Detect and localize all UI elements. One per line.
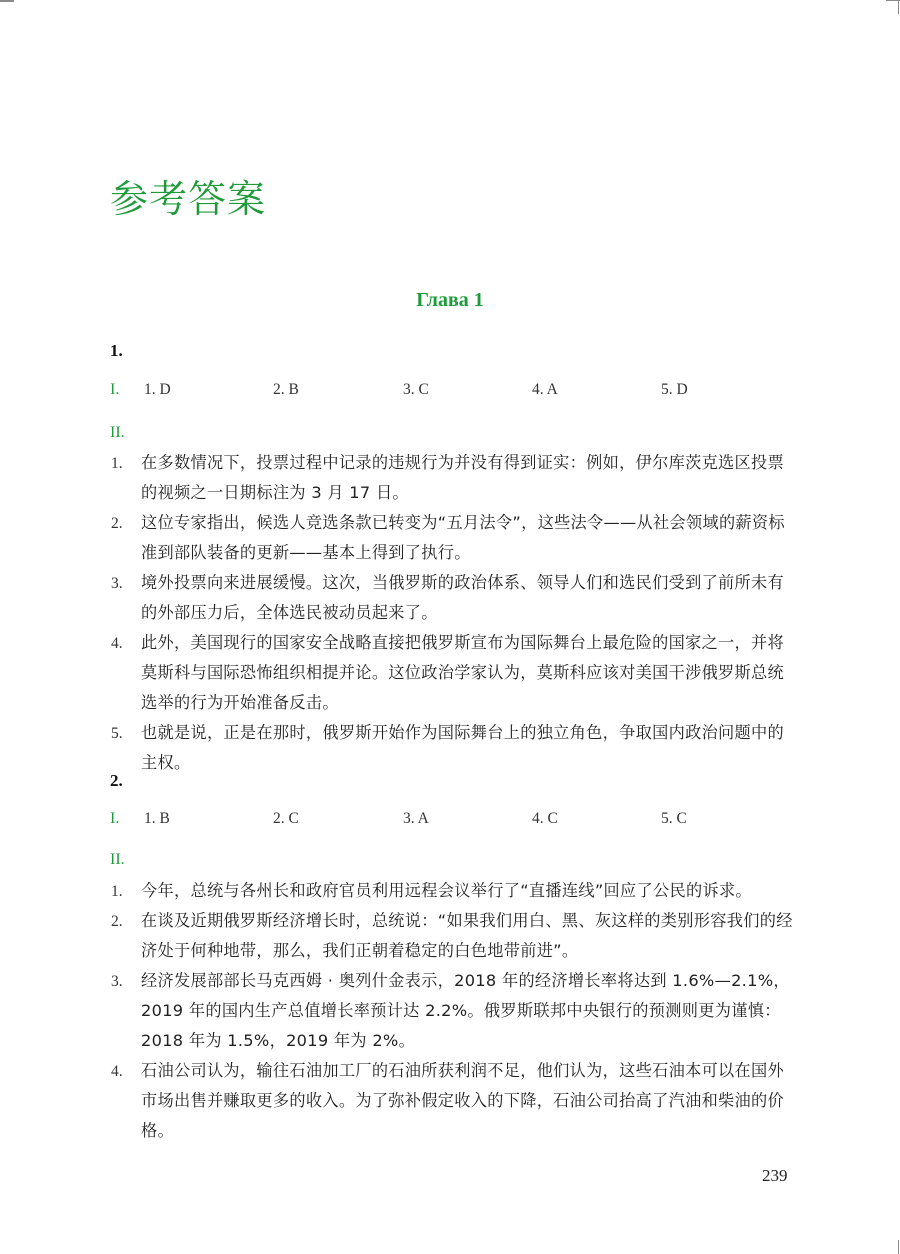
section-1-part-2-list: 1. 在多数情况下，投票过程中记录的违规行为并没有得到证实：例如，伊尔库茨克选区… xyxy=(110,448,800,778)
answer-2: 2. B xyxy=(273,381,299,399)
section-1-part-2-label: II. xyxy=(110,424,125,442)
item-text: 经济发展部部长马克西姆 · 奥列什金表示，2018 年的经济增长率将达到 1.6… xyxy=(141,966,800,1056)
crop-mark-top-left xyxy=(0,0,14,2)
item-text: 境外投票向来进展缓慢。这次，当俄罗斯的政治体系、领导人们和选民们受到了前所未有的… xyxy=(141,568,800,628)
answer-3: 3. A xyxy=(403,810,429,828)
list-item: 3. 境外投票向来进展缓慢。这次，当俄罗斯的政治体系、领导人们和选民们受到了前所… xyxy=(110,568,800,628)
chapter-heading: Глава 1 xyxy=(0,289,900,312)
list-item: 4. 此外，美国现行的国家安全战略直接把俄罗斯宣布为国际舞台上最危险的国家之一，… xyxy=(110,628,800,718)
page-title: 参考答案 xyxy=(110,168,266,223)
answer-3: 3. C xyxy=(403,381,429,399)
part-1-label: I. xyxy=(110,810,119,828)
list-item: 4. 石油公司认为，输往石油加工厂的石油所获利润不足，他们认为，这些石油本可以在… xyxy=(110,1056,800,1146)
section-1-part-1-answers: I. 1. D 2. B 3. C 4. A 5. D xyxy=(110,381,810,403)
answer-4: 4. C xyxy=(532,810,558,828)
page-number: 239 xyxy=(762,1166,788,1186)
answer-2: 2. C xyxy=(273,810,299,828)
answer-1: 1. B xyxy=(144,810,170,828)
item-number: 1. xyxy=(111,883,123,901)
item-text: 在多数情况下，投票过程中记录的违规行为并没有得到证实：例如，伊尔库茨克选区投票的… xyxy=(141,448,800,508)
item-number: 4. xyxy=(111,1063,123,1081)
section-2-number: 2. xyxy=(110,771,123,791)
item-number: 1. xyxy=(111,455,123,473)
list-item: 1. 在多数情况下，投票过程中记录的违规行为并没有得到证实：例如，伊尔库茨克选区… xyxy=(110,448,800,508)
crop-mark-top-right-vertical xyxy=(898,0,899,14)
item-number: 3. xyxy=(111,973,123,991)
item-number: 5. xyxy=(111,725,123,743)
item-number: 2. xyxy=(111,913,123,931)
list-item: 5. 也就是说，正是在那时，俄罗斯开始作为国际舞台上的独立角色，争取国内政治问题… xyxy=(110,718,800,778)
section-1-number: 1. xyxy=(110,341,123,361)
answer-1: 1. D xyxy=(144,381,171,399)
answer-5: 5. C xyxy=(661,810,687,828)
item-number: 3. xyxy=(111,575,123,593)
item-text: 在谈及近期俄罗斯经济增长时，总统说：“如果我们用白、黑、灰这样的类别形容我们的经… xyxy=(141,906,800,966)
item-number: 4. xyxy=(111,635,123,653)
list-item: 3. 经济发展部部长马克西姆 · 奥列什金表示，2018 年的经济增长率将达到 … xyxy=(110,966,800,1056)
item-number: 2. xyxy=(111,515,123,533)
list-item: 2. 这位专家指出，候选人竞选条款已转变为“五月法令”，这些法令——从社会领域的… xyxy=(110,508,800,568)
item-text: 石油公司认为，输往石油加工厂的石油所获利润不足，他们认为，这些石油本可以在国外市… xyxy=(141,1056,800,1146)
section-2-part-1-answers: I. 1. B 2. C 3. A 4. C 5. C xyxy=(110,810,810,832)
part-1-label: I. xyxy=(110,381,119,399)
answer-4: 4. A xyxy=(532,381,558,399)
answer-5: 5. D xyxy=(661,381,688,399)
list-item: 2. 在谈及近期俄罗斯经济增长时，总统说：“如果我们用白、黑、灰这样的类别形容我… xyxy=(110,906,800,966)
list-item: 1. 今年，总统与各州长和政府官员利用远程会议举行了“直播连线”回应了公民的诉求… xyxy=(110,876,800,906)
item-text: 此外，美国现行的国家安全战略直接把俄罗斯宣布为国际舞台上最危险的国家之一，并将莫… xyxy=(141,628,800,718)
item-text: 也就是说，正是在那时，俄罗斯开始作为国际舞台上的独立角色，争取国内政治问题中的主… xyxy=(141,718,800,778)
section-2-part-2-list: 1. 今年，总统与各州长和政府官员利用远程会议举行了“直播连线”回应了公民的诉求… xyxy=(110,876,800,1146)
section-2-part-2-label: II. xyxy=(110,851,125,869)
item-text: 今年，总统与各州长和政府官员利用远程会议举行了“直播连线”回应了公民的诉求。 xyxy=(141,876,800,906)
crop-mark-bottom-right xyxy=(898,1240,899,1254)
item-text: 这位专家指出，候选人竞选条款已转变为“五月法令”，这些法令——从社会领域的薪资标… xyxy=(141,508,800,568)
